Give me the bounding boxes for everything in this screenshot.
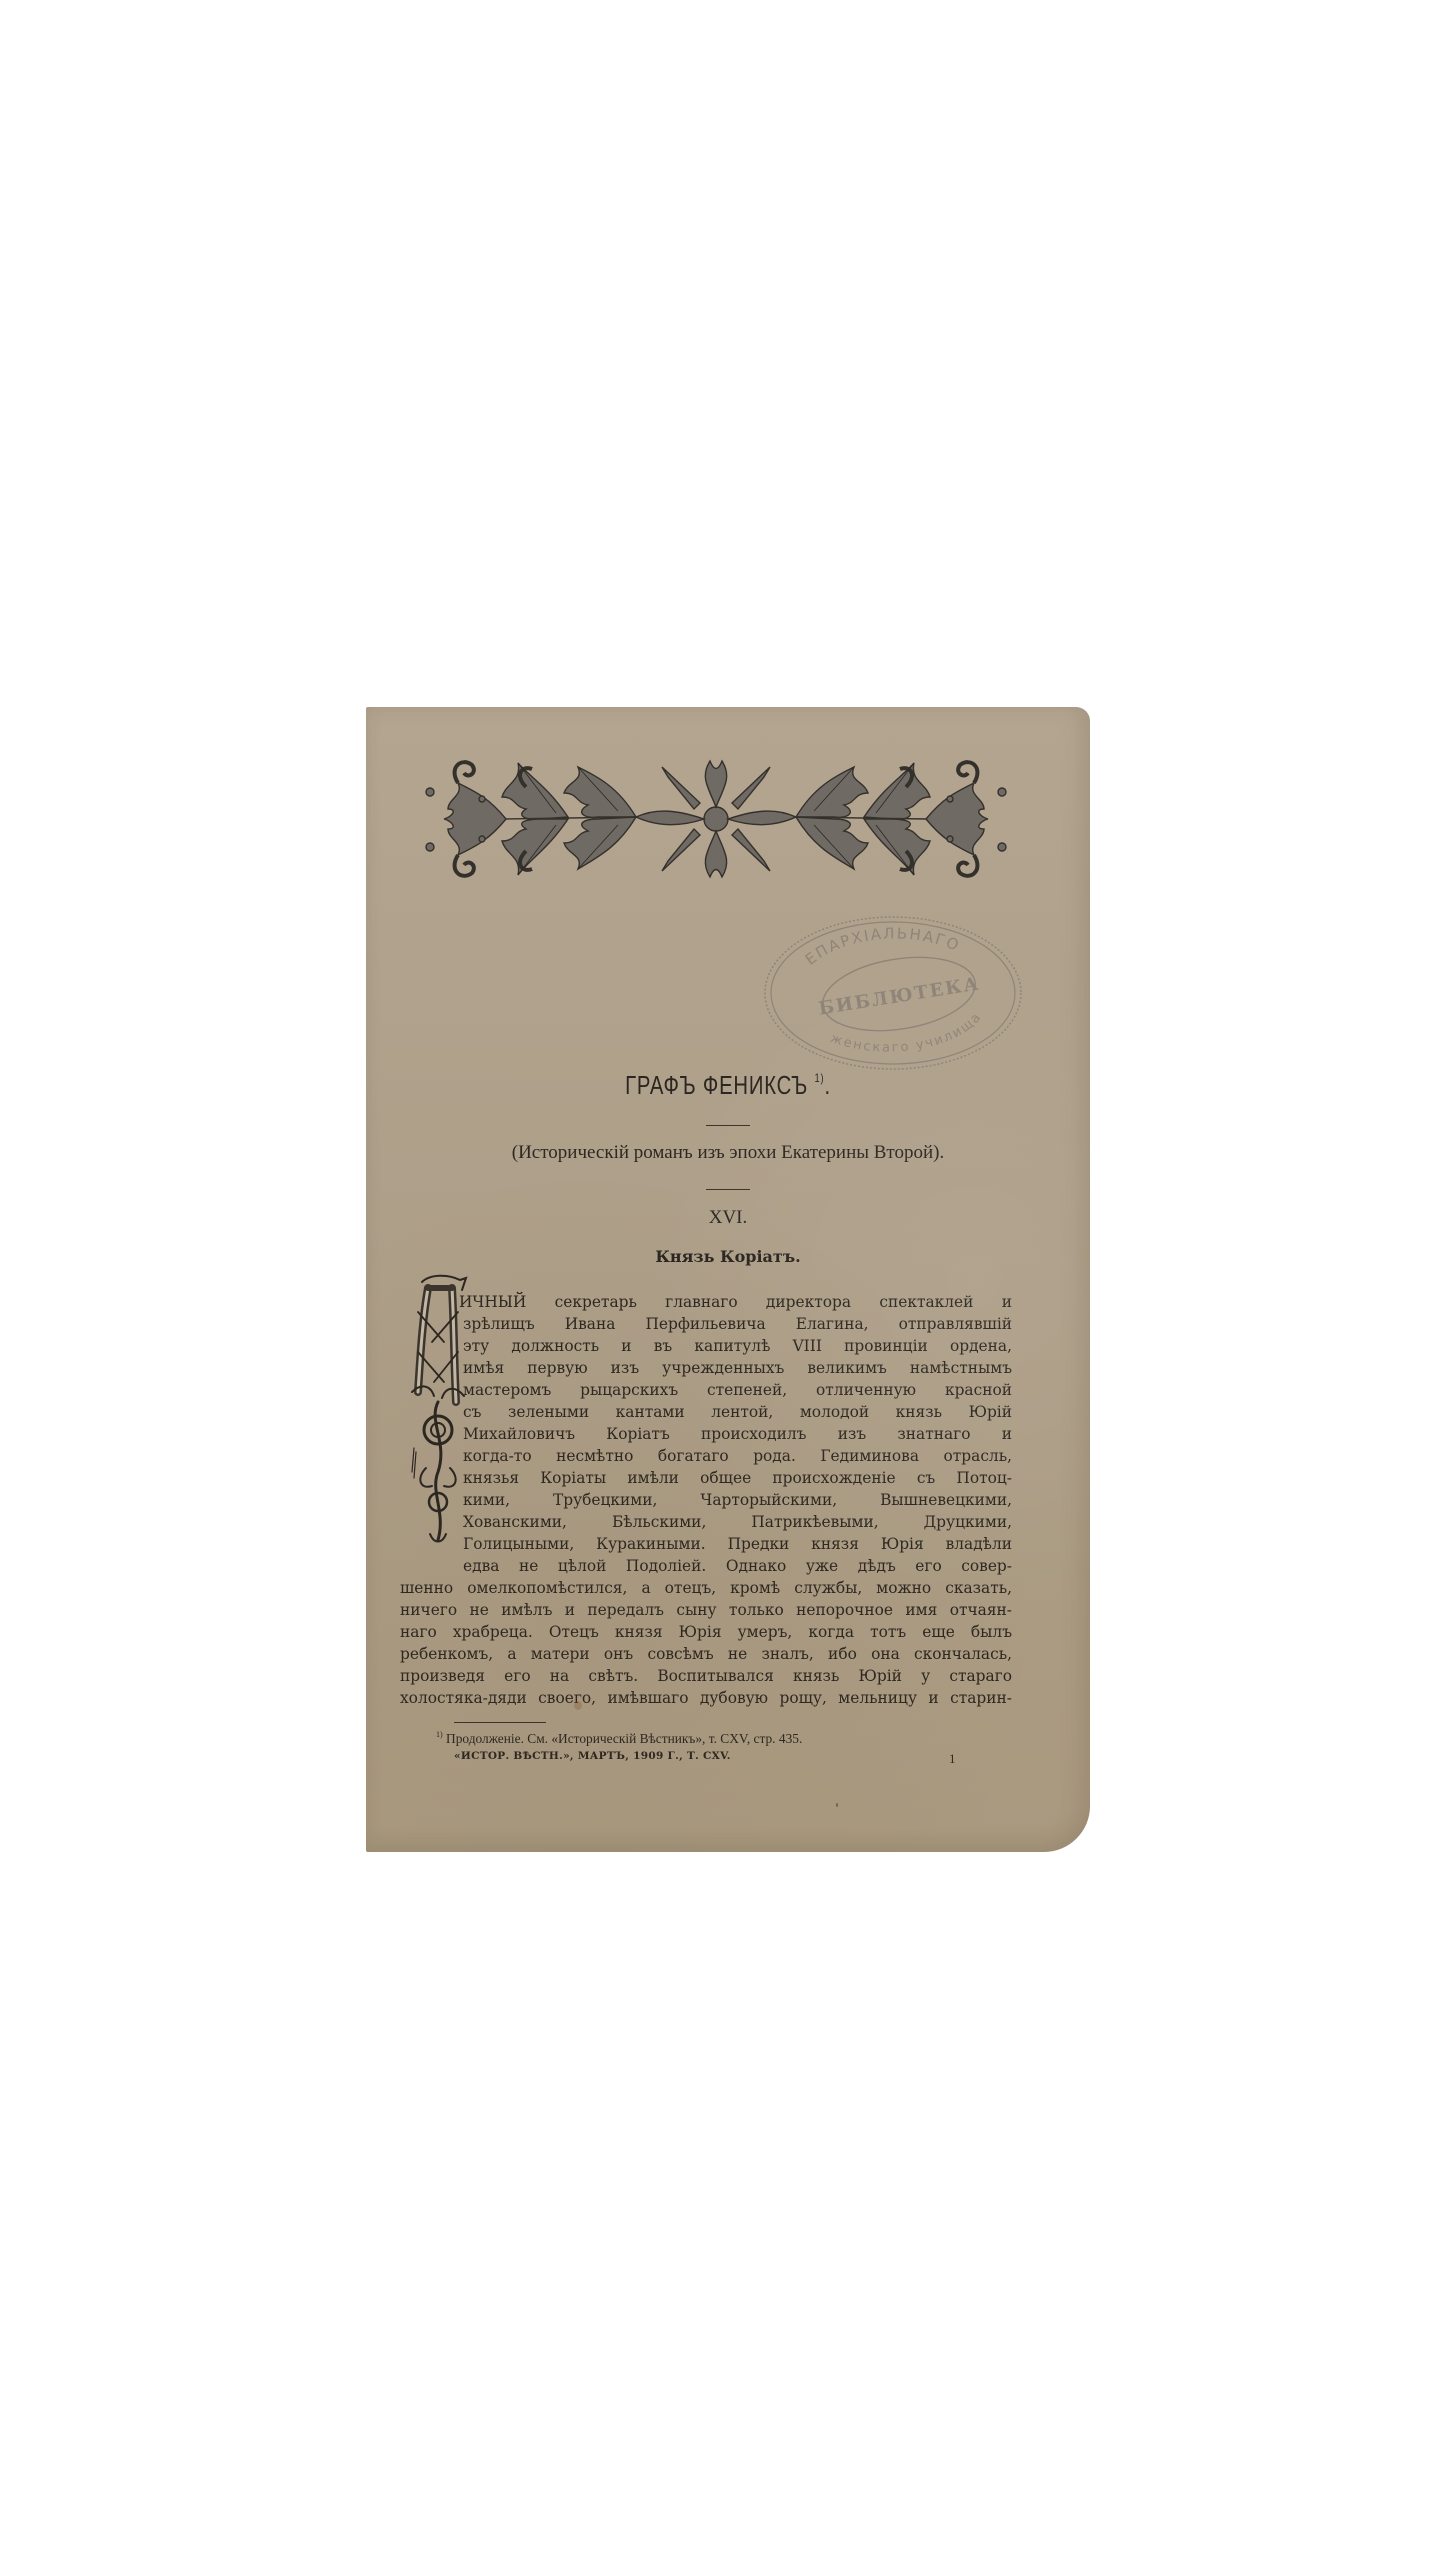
text-line: князья Коріаты имѣли общее происхожденіе… bbox=[463, 1467, 1012, 1489]
title-text: ГРАФЪ ФЕНИКСЪ bbox=[625, 1070, 808, 1100]
text-line: зрѣлищъ Ивана Перфильевича Елагина, отпр… bbox=[463, 1313, 1012, 1335]
text-line: когда-то несмѣтно богатаго рода. Гедимин… bbox=[463, 1445, 1012, 1467]
work-title: ГРАФЪ ФЕНИКСЪ 1). bbox=[446, 1070, 1011, 1101]
book-page: ЕПАРХІАЛЬНАГО БИБЛЮТЕКА женскаго училища… bbox=[366, 707, 1090, 1852]
footnote-mark: 1) bbox=[436, 1730, 443, 1739]
text-line: съ зелеными кантами лентой, молодой княз… bbox=[463, 1401, 1012, 1423]
text-line: произведя его на свѣтъ. Воспитывался кня… bbox=[400, 1665, 1012, 1687]
text-line: шенно омелкопомѣстился, а отецъ, кромѣ с… bbox=[400, 1577, 1012, 1599]
paper-stain bbox=[574, 1701, 582, 1710]
footnote-divider bbox=[454, 1722, 546, 1723]
text-line: эту должность и въ капитулѣ VIII провинц… bbox=[463, 1335, 1012, 1357]
footnote: 1) Продолженіе. См. «Историческій Вѣстни… bbox=[436, 1730, 802, 1747]
title-divider bbox=[706, 1125, 750, 1126]
page-number: 1 bbox=[949, 1751, 956, 1767]
chapter-title: Князь Коріатъ. bbox=[366, 1247, 1090, 1266]
svg-text:женскаго училища: женскаго училища bbox=[828, 1009, 985, 1055]
svg-text:БИБЛЮТЕКА: БИБЛЮТЕКА bbox=[817, 973, 981, 1019]
text-line: ребенкомъ, а матери онъ совсѣмъ не зналъ… bbox=[400, 1643, 1012, 1665]
text-line: мастеромъ рыцарскихъ степеней, отличенну… bbox=[463, 1379, 1012, 1401]
text-line: кими, Трубецкими, Чарторыйскими, Вышневе… bbox=[463, 1489, 1012, 1511]
library-stamp: ЕПАРХІАЛЬНАГО БИБЛЮТЕКА женскаго училища bbox=[759, 910, 1027, 1075]
text-line: имѣя первую изъ учрежденныхъ великимъ на… bbox=[463, 1357, 1012, 1379]
work-subtitle: (Историческій романъ изъ эпохи Екатерины… bbox=[366, 1142, 1090, 1164]
text-line: едва не цѣлой Подоліей. Однако уже дѣдъ … bbox=[463, 1555, 1012, 1577]
text-line: Михайловичъ Коріатъ происходилъ изъ знат… bbox=[463, 1423, 1012, 1445]
text-line: холостяка-дяди своего, имѣвшаго дубовую … bbox=[400, 1687, 1012, 1709]
text-line: наго храбреца. Отецъ князя Юрія умеръ, к… bbox=[400, 1621, 1012, 1643]
floral-headpiece-ornament bbox=[418, 747, 1014, 892]
footnote-text: Продолженіе. См. «Историческій Вѣстникъ»… bbox=[446, 1731, 802, 1746]
printer-signature-line: «ИСТОР. ВѢСТН.», МАРТЪ, 1909 Г., Т. CXV. bbox=[454, 1750, 731, 1762]
body-paragraph: ИЧНЫЙ секретарь главнаго директора спект… bbox=[400, 1291, 1012, 1709]
text-line: Голицыными, Куракиными. Предки князя Юрі… bbox=[463, 1533, 1012, 1555]
subtitle-divider bbox=[706, 1189, 750, 1190]
paper-speck bbox=[836, 1803, 838, 1807]
title-footnote-mark: 1) bbox=[815, 1071, 825, 1085]
chapter-number: XVI. bbox=[366, 1207, 1090, 1229]
svg-text:Л: Л bbox=[408, 1272, 409, 1273]
text-line: ИЧНЫЙ секретарь главнаго директора спект… bbox=[459, 1291, 1012, 1313]
text-line: ничего не имѣлъ и передалъ сыну только н… bbox=[400, 1599, 1012, 1621]
text-line: Хованскими, Бѣльскими, Патрикѣевыми, Дру… bbox=[463, 1511, 1012, 1533]
